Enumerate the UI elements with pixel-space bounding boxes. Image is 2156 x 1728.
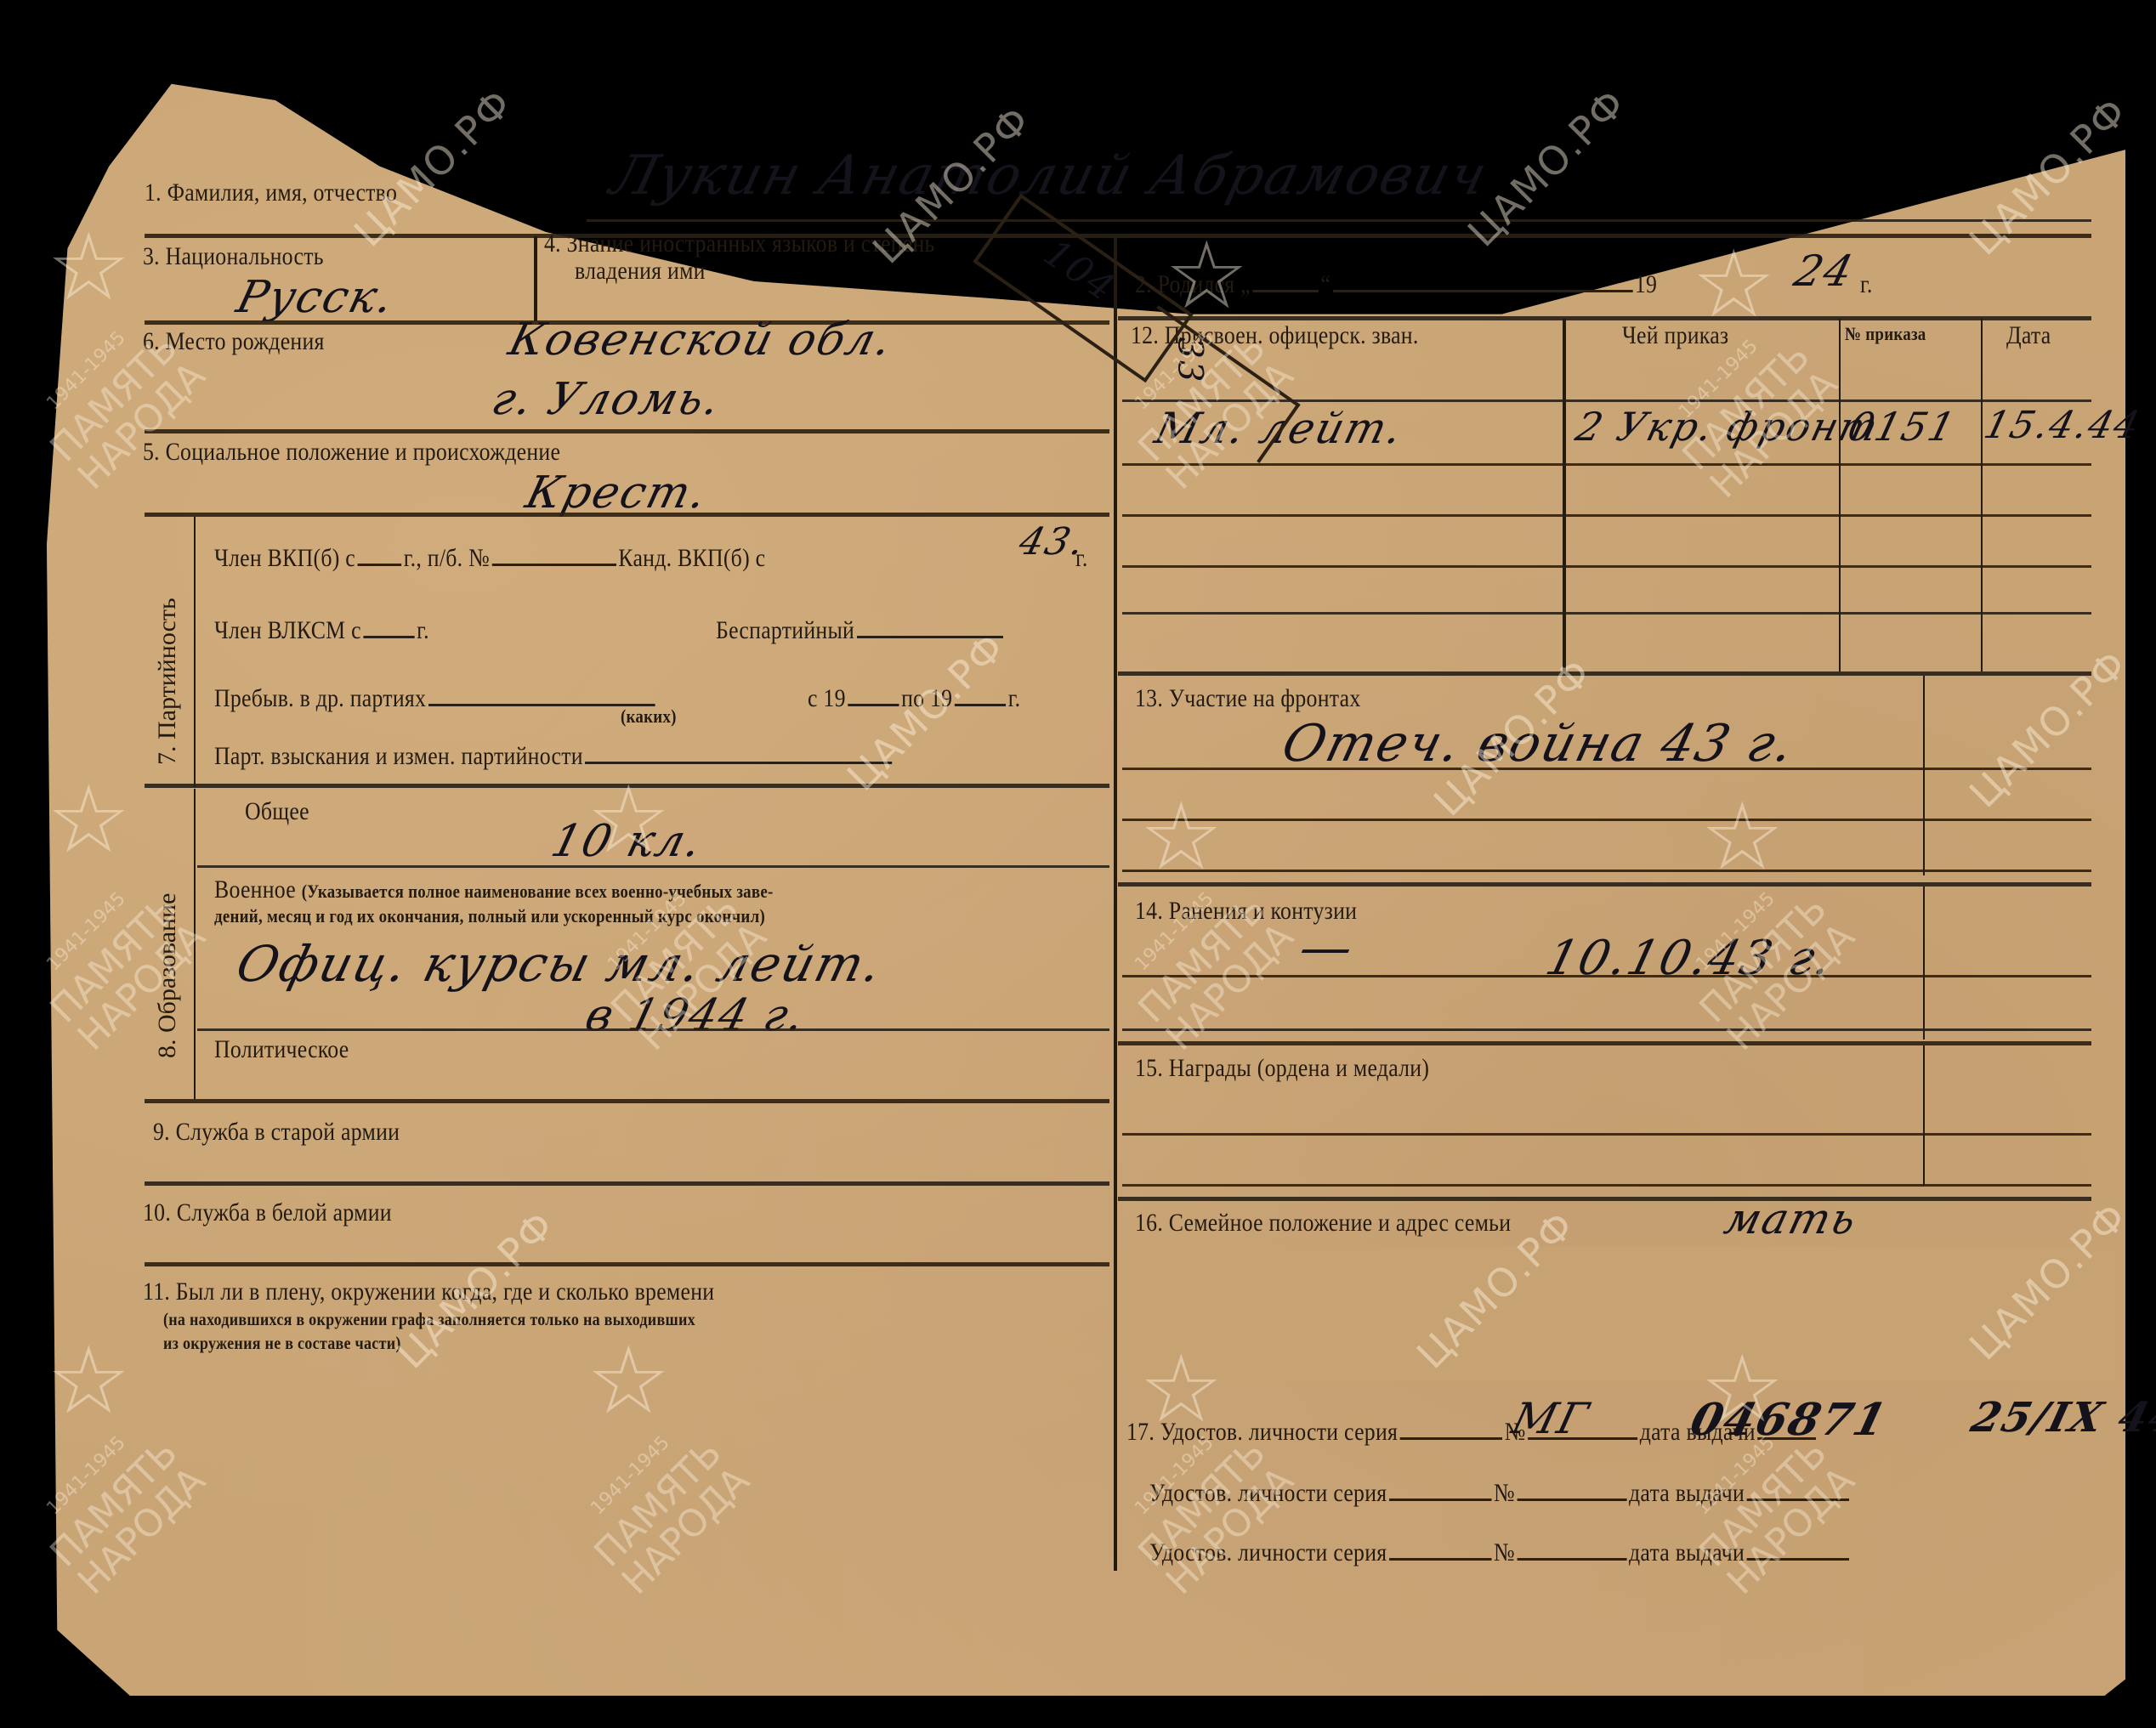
fronts-label: 13. Участие на фронтах: [1135, 684, 1360, 713]
nationality-value: Русск.: [232, 272, 400, 323]
party-penalties-label: Парт. взыскания и измен. партийности: [214, 742, 583, 770]
family-label: 16. Семейное положение и адрес семьи: [1135, 1209, 1511, 1238]
divider: [1122, 870, 2091, 872]
divider: [194, 517, 196, 787]
divider: [197, 1028, 1109, 1031]
rank-table-header-order-by: Чей приказ: [1622, 321, 1728, 350]
other-parties-hint: (каких): [621, 705, 677, 728]
wounds-value: 10.10.43 г.: [1540, 931, 1839, 986]
column-divider: [1114, 236, 1117, 1571]
redacted-area: [1118, 1246, 2121, 1380]
education-military-value-line2: в 1944 г.: [581, 990, 811, 1041]
period-from-label: с 19: [808, 684, 846, 712]
id-series-label: Удостов. личности серия: [1149, 1538, 1387, 1567]
other-parties-row: Пребыв. в др. партиях: [214, 684, 657, 713]
divider: [1118, 882, 2091, 887]
captivity-label: 11. Был ли в плену, окружении когда, где…: [143, 1278, 714, 1306]
divider: [1118, 1041, 2091, 1045]
education-military-label: Военное: [214, 875, 296, 904]
stamp-number: 104: [1036, 231, 1124, 310]
rank-table-cell: 15.4.44: [1980, 404, 2146, 447]
divider: [534, 236, 537, 321]
rank-table-cell: 2 Укр. фронт: [1571, 404, 1884, 450]
nationality-label: 3. Национальность: [143, 242, 324, 271]
party-member-row: Член ВКП(б) сг., п/б. №Канд. ВКП(б) с: [214, 544, 765, 573]
divider: [145, 1099, 1109, 1103]
divider: [145, 1262, 1109, 1266]
education-military-label-row: Военное (Указывается полное наименование…: [214, 875, 774, 904]
id-number-label: №: [1494, 1538, 1515, 1567]
social-origin-value: Крест.: [521, 467, 713, 518]
divider: [194, 789, 196, 1099]
education-military-hint-line2: дений, месяц и год их окончания, полный …: [214, 905, 765, 927]
divider: [1118, 671, 2091, 676]
rank-table-header-order-no: № приказа: [1845, 323, 1926, 345]
divider: [1923, 1045, 1925, 1186]
full-name-underline: [587, 219, 2091, 222]
education-general-value: 10 кл.: [547, 816, 708, 867]
full-name-value: Лукин Анатолий Абрамович: [604, 144, 1495, 207]
education-side-label: 8. Образование: [153, 893, 182, 1058]
table-row-line: [1122, 514, 2091, 517]
divider: [1122, 1184, 2091, 1187]
rank-table-cell: 0151: [1843, 404, 1961, 450]
rank-table-header-date: Дата: [2006, 321, 2051, 350]
id-series-label: Удостов. личности серия: [1149, 1479, 1387, 1507]
family-value: мать: [1720, 1194, 1863, 1244]
divider: [145, 429, 1109, 433]
captivity-hint-line1: (на находившихся в окружении графа запол…: [163, 1309, 695, 1330]
divider: [145, 784, 1109, 788]
table-row-line: [1122, 612, 2091, 615]
birthplace-value-line2: г. Уломь.: [487, 374, 727, 425]
id-date-value: 25/IX 44: [1966, 1394, 2156, 1442]
non-party-label: Беспартийный: [716, 616, 854, 644]
old-army-service-label: 9. Служба в старой армии: [153, 1118, 400, 1147]
divider: [1923, 676, 1925, 875]
party-card-number-label: г., п/б. №: [404, 544, 490, 572]
other-parties-label: Пребыв. в др. партиях: [214, 684, 426, 712]
languages-label-line2: владения ими: [575, 257, 706, 286]
komsomol-row: Член ВЛКСМ сг.: [214, 616, 429, 645]
table-col-divider: [1563, 319, 1566, 671]
year-suffix: г.: [417, 616, 429, 644]
divider: [197, 865, 1109, 868]
education-political-label: Политическое: [214, 1035, 349, 1064]
education-general-label: Общее: [245, 797, 309, 826]
id-row-3: Удостов. личности серия№дата выдачи: [1149, 1538, 1852, 1567]
id-series-label: 17. Удостов. личности серия: [1126, 1418, 1398, 1446]
year-suffix: г.: [1860, 270, 1873, 299]
year-suffix: г.: [1008, 684, 1021, 712]
birthplace-label: 6. Место рождения: [143, 327, 325, 356]
year-suffix: г.: [1075, 544, 1088, 573]
party-side-label: 7. Партийность: [153, 598, 182, 765]
captivity-hint-line2: из окружения не в составе части): [163, 1333, 401, 1354]
id-row-2: Удостов. личности серия№дата выдачи: [1149, 1479, 1852, 1508]
divider: [1122, 975, 2091, 977]
table-row-line: [1122, 565, 2091, 568]
divider: [1122, 1028, 2091, 1031]
divider: [145, 513, 1109, 517]
non-party-row: Беспартийный: [716, 616, 1005, 645]
id-number-value: 046871: [1685, 1394, 1892, 1446]
full-name-label: 1. Фамилия, имя, отчество: [145, 178, 397, 207]
party-penalties-row: Парт. взыскания и измен. партийности: [214, 742, 894, 771]
birthplace-value-line1: Ковенской обл.: [504, 314, 899, 365]
table-col-divider: [1981, 319, 1983, 671]
divider: [1122, 768, 2091, 770]
vkpb-candidate-label: Канд. ВКП(б) с: [618, 544, 765, 572]
divider: [1122, 819, 2091, 821]
id-date-label: дата выдачи: [1629, 1479, 1745, 1507]
white-army-service-label: 10. Служба в белой армии: [143, 1198, 392, 1227]
birth-year-prefix: 19: [1635, 270, 1657, 298]
quote-mark: “: [1320, 270, 1330, 298]
id-series-value: МГ: [1507, 1394, 1595, 1443]
birth-year-value: 24: [1790, 246, 1859, 296]
birth-date-row: 2. Родился „“19: [1135, 270, 1657, 299]
divider: [145, 234, 2091, 238]
education-military-value-line1: Офиц. курсы мл. лейт.: [231, 935, 889, 993]
id-number-label: №: [1494, 1479, 1515, 1507]
id-date-label: дата выдачи: [1629, 1538, 1745, 1567]
table-row-line: [1122, 463, 2091, 466]
komsomol-label: Член ВЛКСМ с: [214, 616, 361, 644]
vkpb-member-label: Член ВКП(б) с: [214, 544, 355, 572]
awards-label: 15. Награды (ордена и медали): [1135, 1054, 1429, 1083]
table-col-divider: [1839, 319, 1841, 671]
divider: [1122, 1133, 2091, 1136]
education-military-hint: (Указывается полное наименование всех во…: [302, 881, 774, 902]
divider: [1118, 316, 2091, 320]
fronts-value: Отеч. война 43 г.: [1276, 714, 1801, 773]
period-to-label: по 19: [901, 684, 952, 712]
divider: [1118, 1197, 2091, 1201]
social-origin-label: 5. Социальное положение и происхождение: [143, 438, 560, 467]
languages-label-line1: 4. Знание иностранных языков и степень: [544, 229, 935, 258]
divider: [145, 1181, 1109, 1186]
stamp-number: 33: [1170, 337, 1209, 384]
other-parties-period: с 19по 19г.: [808, 684, 1020, 713]
divider: [1923, 887, 1925, 1040]
